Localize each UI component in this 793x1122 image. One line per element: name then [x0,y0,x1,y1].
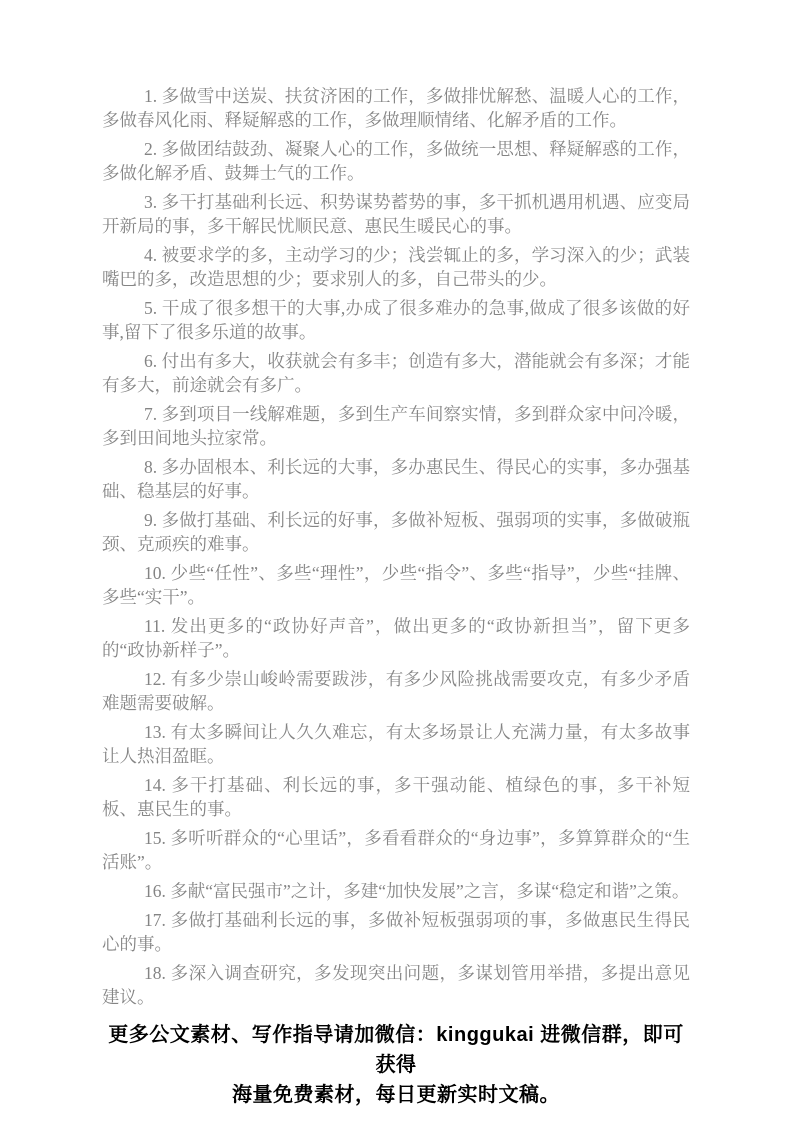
list-item: 8. 多办固根本、利长远的大事，多办惠民生、得民心的实事，多办强基础、稳基层的好… [102,455,690,503]
list-item: 12. 有多少崇山峻岭需要跋涉，有多少风险挑战需要攻克，有多少矛盾难题需要破解。 [102,667,690,715]
list-item: 3. 多干打基础利长远、积势谋势蓄势的事，多干抓机遇用机遇、应变局开新局的事，多… [102,190,690,238]
list-item: 10. 少些“任性”、多些“理性”，少些“指令”、多些“指导”，少些“挂牌、多些… [102,561,690,609]
list-item: 18. 多深入调查研究，多发现突出问题，多谋划管用举措，多提出意见建议。 [102,961,690,1009]
footer-notice: 更多公文素材、写作指导请加微信：kinggukai 进微信群，即可获得 海量免费… [102,1020,690,1110]
list-item: 6. 付出有多大，收获就会有多丰；创造有多大，潜能就会有多深；才能有多大，前途就… [102,349,690,397]
list-item: 9. 多做打基础、利长远的好事，多做补短板、强弱项的实事，多做破瓶颈、克顽疾的难… [102,508,690,556]
list-item: 16. 多献“富民强市”之计，多建“加快发展”之言，多谋“稳定和谐”之策。 [102,879,690,903]
footer-line: 海量免费素材，每日更新实时文稿。 [102,1080,690,1110]
list-item: 1. 多做雪中送炭、扶贫济困的工作，多做排忧解愁、温暖人心的工作，多做春风化雨、… [102,84,690,132]
footer-line: 更多公文素材、写作指导请加微信：kinggukai 进微信群，即可获得 [102,1020,690,1080]
list-item: 14. 多干打基础、利长远的事，多干强动能、植绿色的事，多干补短板、惠民生的事。 [102,773,690,821]
list-item: 7. 多到项目一线解难题，多到生产车间察实情，多到群众家中问冷暖，多到田间地头拉… [102,402,690,450]
document-page: 1. 多做雪中送炭、扶贫济困的工作，多做排忧解愁、温暖人心的工作，多做春风化雨、… [0,0,793,1122]
list-item: 15. 多听听群众的“心里话”，多看看群众的“身边事”，多算算群众的“生活账”。 [102,826,690,874]
list-item: 11. 发出更多的“政协好声音”，做出更多的“政协新担当”，留下更多的“政协新样… [102,614,690,662]
list-item: 5. 干成了很多想干的大事,办成了很多难办的急事,做成了很多该做的好事,留下了很… [102,296,690,344]
list-item: 4. 被要求学的多，主动学习的少；浅尝辄止的多，学习深入的少；武装嘴巴的多，改造… [102,243,690,291]
list-item: 17. 多做打基础利长远的事，多做补短板强弱项的事，多做惠民生得民心的事。 [102,908,690,956]
list-item: 2. 多做团结鼓劲、凝聚人心的工作，多做统一思想、释疑解惑的工作，多做化解矛盾、… [102,137,690,185]
list-item: 13. 有太多瞬间让人久久难忘，有太多场景让人充满力量，有太多故事让人热泪盈眶。 [102,720,690,768]
